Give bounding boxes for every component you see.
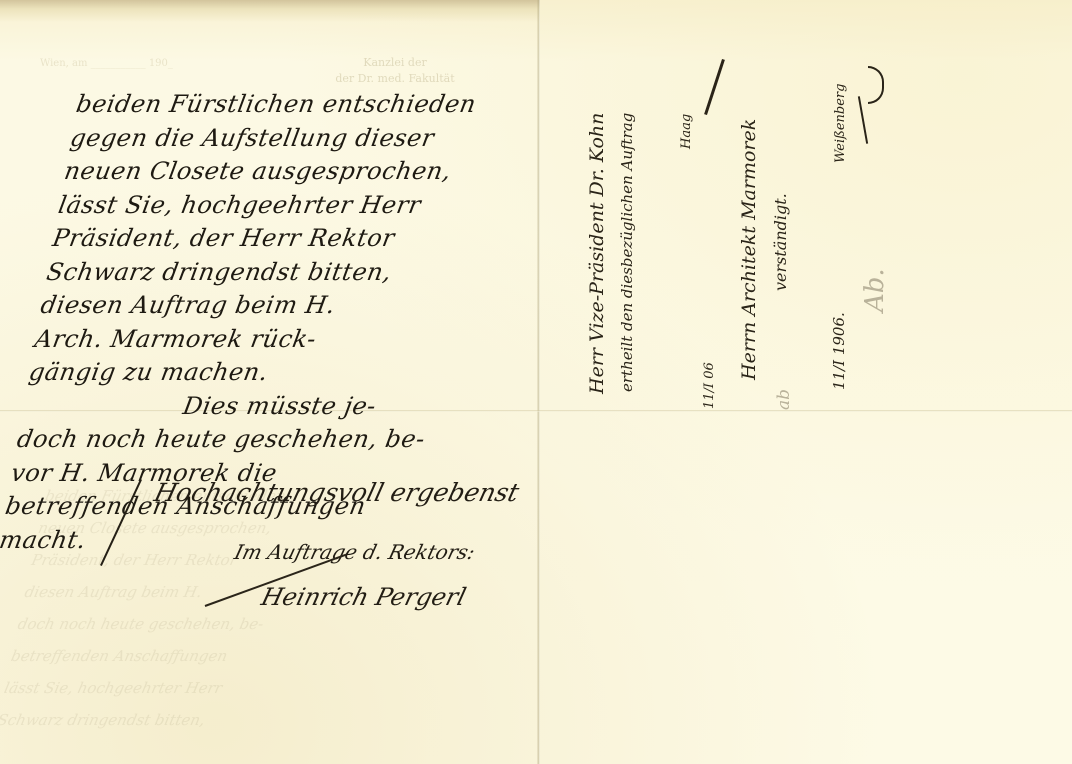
body-line: gegen die Aufstellung dieser [68,122,574,156]
letterhead-line-2: der Dr. med. Fakultät [285,71,505,87]
annotation-faint-ab: ab [774,389,794,410]
annotation-faint-ab-2: Ab. [860,268,890,312]
body-line: gängig zu machen. [26,356,532,390]
signature: Heinrich Pergerl [259,583,469,611]
annotation-architect: Herrn Architekt Marmorek [738,119,760,380]
annotation-weissenberg: Weißenberg [833,84,848,163]
paper-stain [0,0,540,22]
body-line: Schwarz dringendst bitten, [44,256,550,290]
annotation-notified: verständigt. [771,193,790,291]
body-line: diesen Auftrag beim H. [38,289,544,323]
body-line: Arch. Marmorek rück- [32,323,538,357]
body-line: lässt Sie, hochgeehrter Herr [56,189,562,223]
annotation-vice-president: Herr Vize-Präsident Dr. Kohn [586,113,608,394]
annotation-initial-haag: Haag [679,114,694,149]
body-line: beiden Fürstlichen entschieden [73,88,579,122]
body-line: Präsident, der Herr Rektor [50,222,556,256]
body-line: Dies müsste je- [20,390,526,424]
annotation-date-short: 11/I 06 [702,362,717,409]
body-line: neuen Closete ausgesprochen, [62,155,568,189]
annotation-date-full: 11/I 1906. [830,312,848,390]
closing-on-behalf: Im Auftrage d. Rektors: [232,540,478,564]
closing-greeting: Hochachtungsvoll ergebenst [151,478,522,507]
letterhead: Kanzlei der der Dr. med. Fakultät [285,55,505,87]
letterhead-line-1: Kanzlei der [285,55,505,71]
body-line: doch noch heute geschehen, be- [14,423,520,457]
letterhead-date-line: Wien, am ___________ 190_ [40,58,250,69]
annotation-order: ertheilt den diesbezüglichen Auftrag [618,113,636,392]
